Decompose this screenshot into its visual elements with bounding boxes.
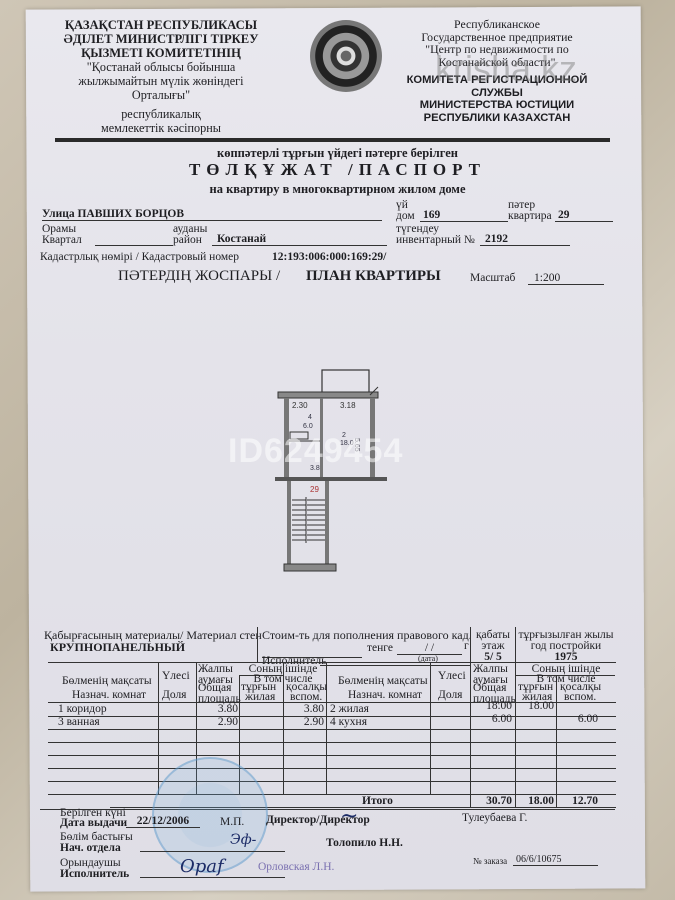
- issue-label-ru: Дата выдачи: [60, 818, 127, 829]
- header-left-line: Орталығы": [36, 88, 286, 102]
- header-left-line: ҚЫЗМЕТІ КОМИТЕТІНІҢ: [36, 46, 286, 60]
- head-name: Толопило Н.Н.: [326, 838, 403, 849]
- room-number: 4: [308, 414, 312, 421]
- col-purpose-ru: Назнач. комнат: [348, 690, 422, 701]
- exec-name: Орловская Л.Н.: [258, 862, 334, 873]
- floor-plan: 2.30 3.18 4 6.0 2 18.0 5.65 3.8 29: [270, 365, 410, 580]
- id-watermark: ID6249454: [228, 432, 403, 471]
- quarter-label-ru: Квартал: [42, 235, 82, 246]
- total-area: 30.70: [472, 796, 512, 807]
- room-total: 3.80: [198, 704, 238, 715]
- header-right-bold: МИНИСТЕРСТВА ЮСТИЦИИ: [392, 99, 602, 112]
- head-label-ru: Нач. отдела: [60, 843, 121, 854]
- header-left-line: ӘДІЛЕТ МИНИСТРЛІГІ ТІРКЕУ: [36, 32, 286, 46]
- exec-signature: Opaf: [180, 856, 224, 877]
- material-value: КРУПНОПАНЕЛЬНЫЙ: [50, 642, 185, 653]
- header-left-line: республикалық: [36, 107, 286, 121]
- room-total: 6.00: [472, 714, 512, 725]
- col-aux-ru: вспом.: [290, 692, 322, 703]
- room-living: 18.00: [516, 701, 554, 712]
- header-left: ҚАЗАҚСТАН РЕСПУБЛИКАСЫ ӘДІЛЕТ МИНИСТРЛІГ…: [36, 18, 286, 135]
- room-aux: 6.00: [558, 714, 598, 725]
- scale-label: Масштаб: [470, 273, 515, 284]
- cadastral-number: 12:193:006:000:169:29/: [272, 252, 386, 263]
- inv-number: 2192: [480, 234, 570, 246]
- plan-dim: 2.30: [292, 401, 308, 410]
- street: Улица ПАВШИХ БОРЦОВ: [42, 208, 382, 221]
- col-total-ru: Общая площадь: [198, 683, 238, 705]
- col-living-ru: жилая: [245, 692, 275, 703]
- room-aux: 3.80: [284, 704, 324, 715]
- apt-number: 29: [555, 210, 613, 222]
- header-left-line: жылжымайтын мүлік жөніндегі: [36, 74, 286, 88]
- col-share-ru: Доля: [438, 690, 462, 701]
- year-suffix: г: [464, 641, 469, 652]
- col-share-kz: Үлесі: [438, 671, 466, 682]
- quarter-value: [95, 234, 173, 246]
- scale-value: 1:200: [528, 273, 604, 285]
- col-purpose-kz: Бөлменің мақсаты: [62, 676, 152, 687]
- house-number: 169: [420, 210, 508, 222]
- cadastral-label: Кадастрлық нөмірі / Кадастровый номер: [40, 252, 239, 263]
- cost-currency: тенге: [367, 643, 393, 654]
- total-living: 18.00: [516, 796, 554, 807]
- col-purpose-kz: Бөлменің мақсаты: [338, 676, 428, 687]
- exec-label-ru: Исполнитель: [60, 869, 129, 880]
- total-label: Итого: [362, 796, 393, 807]
- room-aux: 2.90: [284, 717, 324, 728]
- seal-mark: М.П.: [220, 817, 244, 828]
- subtitle-kz: көппәтерлі тұрғын үйдегі пәтерге берілге…: [0, 146, 675, 161]
- col-aux-ru: вспом.: [564, 692, 596, 703]
- room-total: 18.00: [472, 701, 512, 712]
- issue-date: 22/12/2006: [126, 816, 200, 828]
- subtitle-ru: на квартиру в многоквартирном жилом доме: [0, 182, 675, 197]
- header-left-line: ҚАЗАҚСТАН РЕСПУБЛИКАСЫ: [36, 18, 286, 32]
- cost-label: Стоим-ть для пополнения правового кад.: [262, 630, 472, 641]
- plan-title-kz: ПӘТЕРДІҢ ЖОСПАРЫ /: [118, 268, 280, 285]
- site-watermark: krisha.kz: [435, 48, 577, 90]
- header-right-bold: РЕСПУБЛИКИ КАЗАХСТАН: [392, 112, 602, 125]
- house-label-ru: дом: [396, 211, 415, 222]
- order-number: 06/6/10675: [513, 854, 598, 866]
- head-signature: Эф-: [230, 832, 256, 848]
- district-value: Костанай: [212, 234, 387, 246]
- room-name: 3 ванная: [58, 717, 100, 728]
- district-label-ru: район: [173, 235, 202, 246]
- room-name: 4 кухня: [330, 717, 367, 728]
- header-left-line: "Қостанай облысы бойынша: [36, 60, 286, 74]
- state-emblem-icon: [310, 20, 382, 92]
- col-purpose-ru: Назнач. комнат: [72, 690, 146, 701]
- col-share-ru: Доля: [162, 690, 186, 701]
- col-share-kz: Үлесі: [162, 671, 190, 682]
- inv-label-ru: инвентарный №: [396, 235, 475, 246]
- header-left-line: мемлекеттік кәсіпорны: [36, 121, 286, 135]
- header-divider: [55, 138, 610, 142]
- header-right-line: Республиканское: [392, 18, 602, 31]
- room-name: 1 коридор: [58, 704, 107, 715]
- apt-label-ru: квартира: [508, 211, 552, 222]
- plan-dim: 3.18: [340, 401, 356, 410]
- document-title: ТӨЛҚҰЖАТ /ПАСПОРТ: [0, 160, 675, 180]
- total-aux: 12.70: [558, 796, 598, 807]
- order-label: № заказа: [473, 856, 507, 866]
- director-signature: ~: [340, 804, 358, 829]
- room-total: 2.90: [198, 717, 238, 728]
- director-name: Тулеубаева Г.: [462, 813, 527, 824]
- plan-title-ru: ПЛАН КВАРТИРЫ: [306, 268, 441, 285]
- room-area: 6.0: [303, 423, 313, 430]
- apartment-marker: 29: [310, 485, 319, 494]
- room-name: 2 жилая: [330, 704, 369, 715]
